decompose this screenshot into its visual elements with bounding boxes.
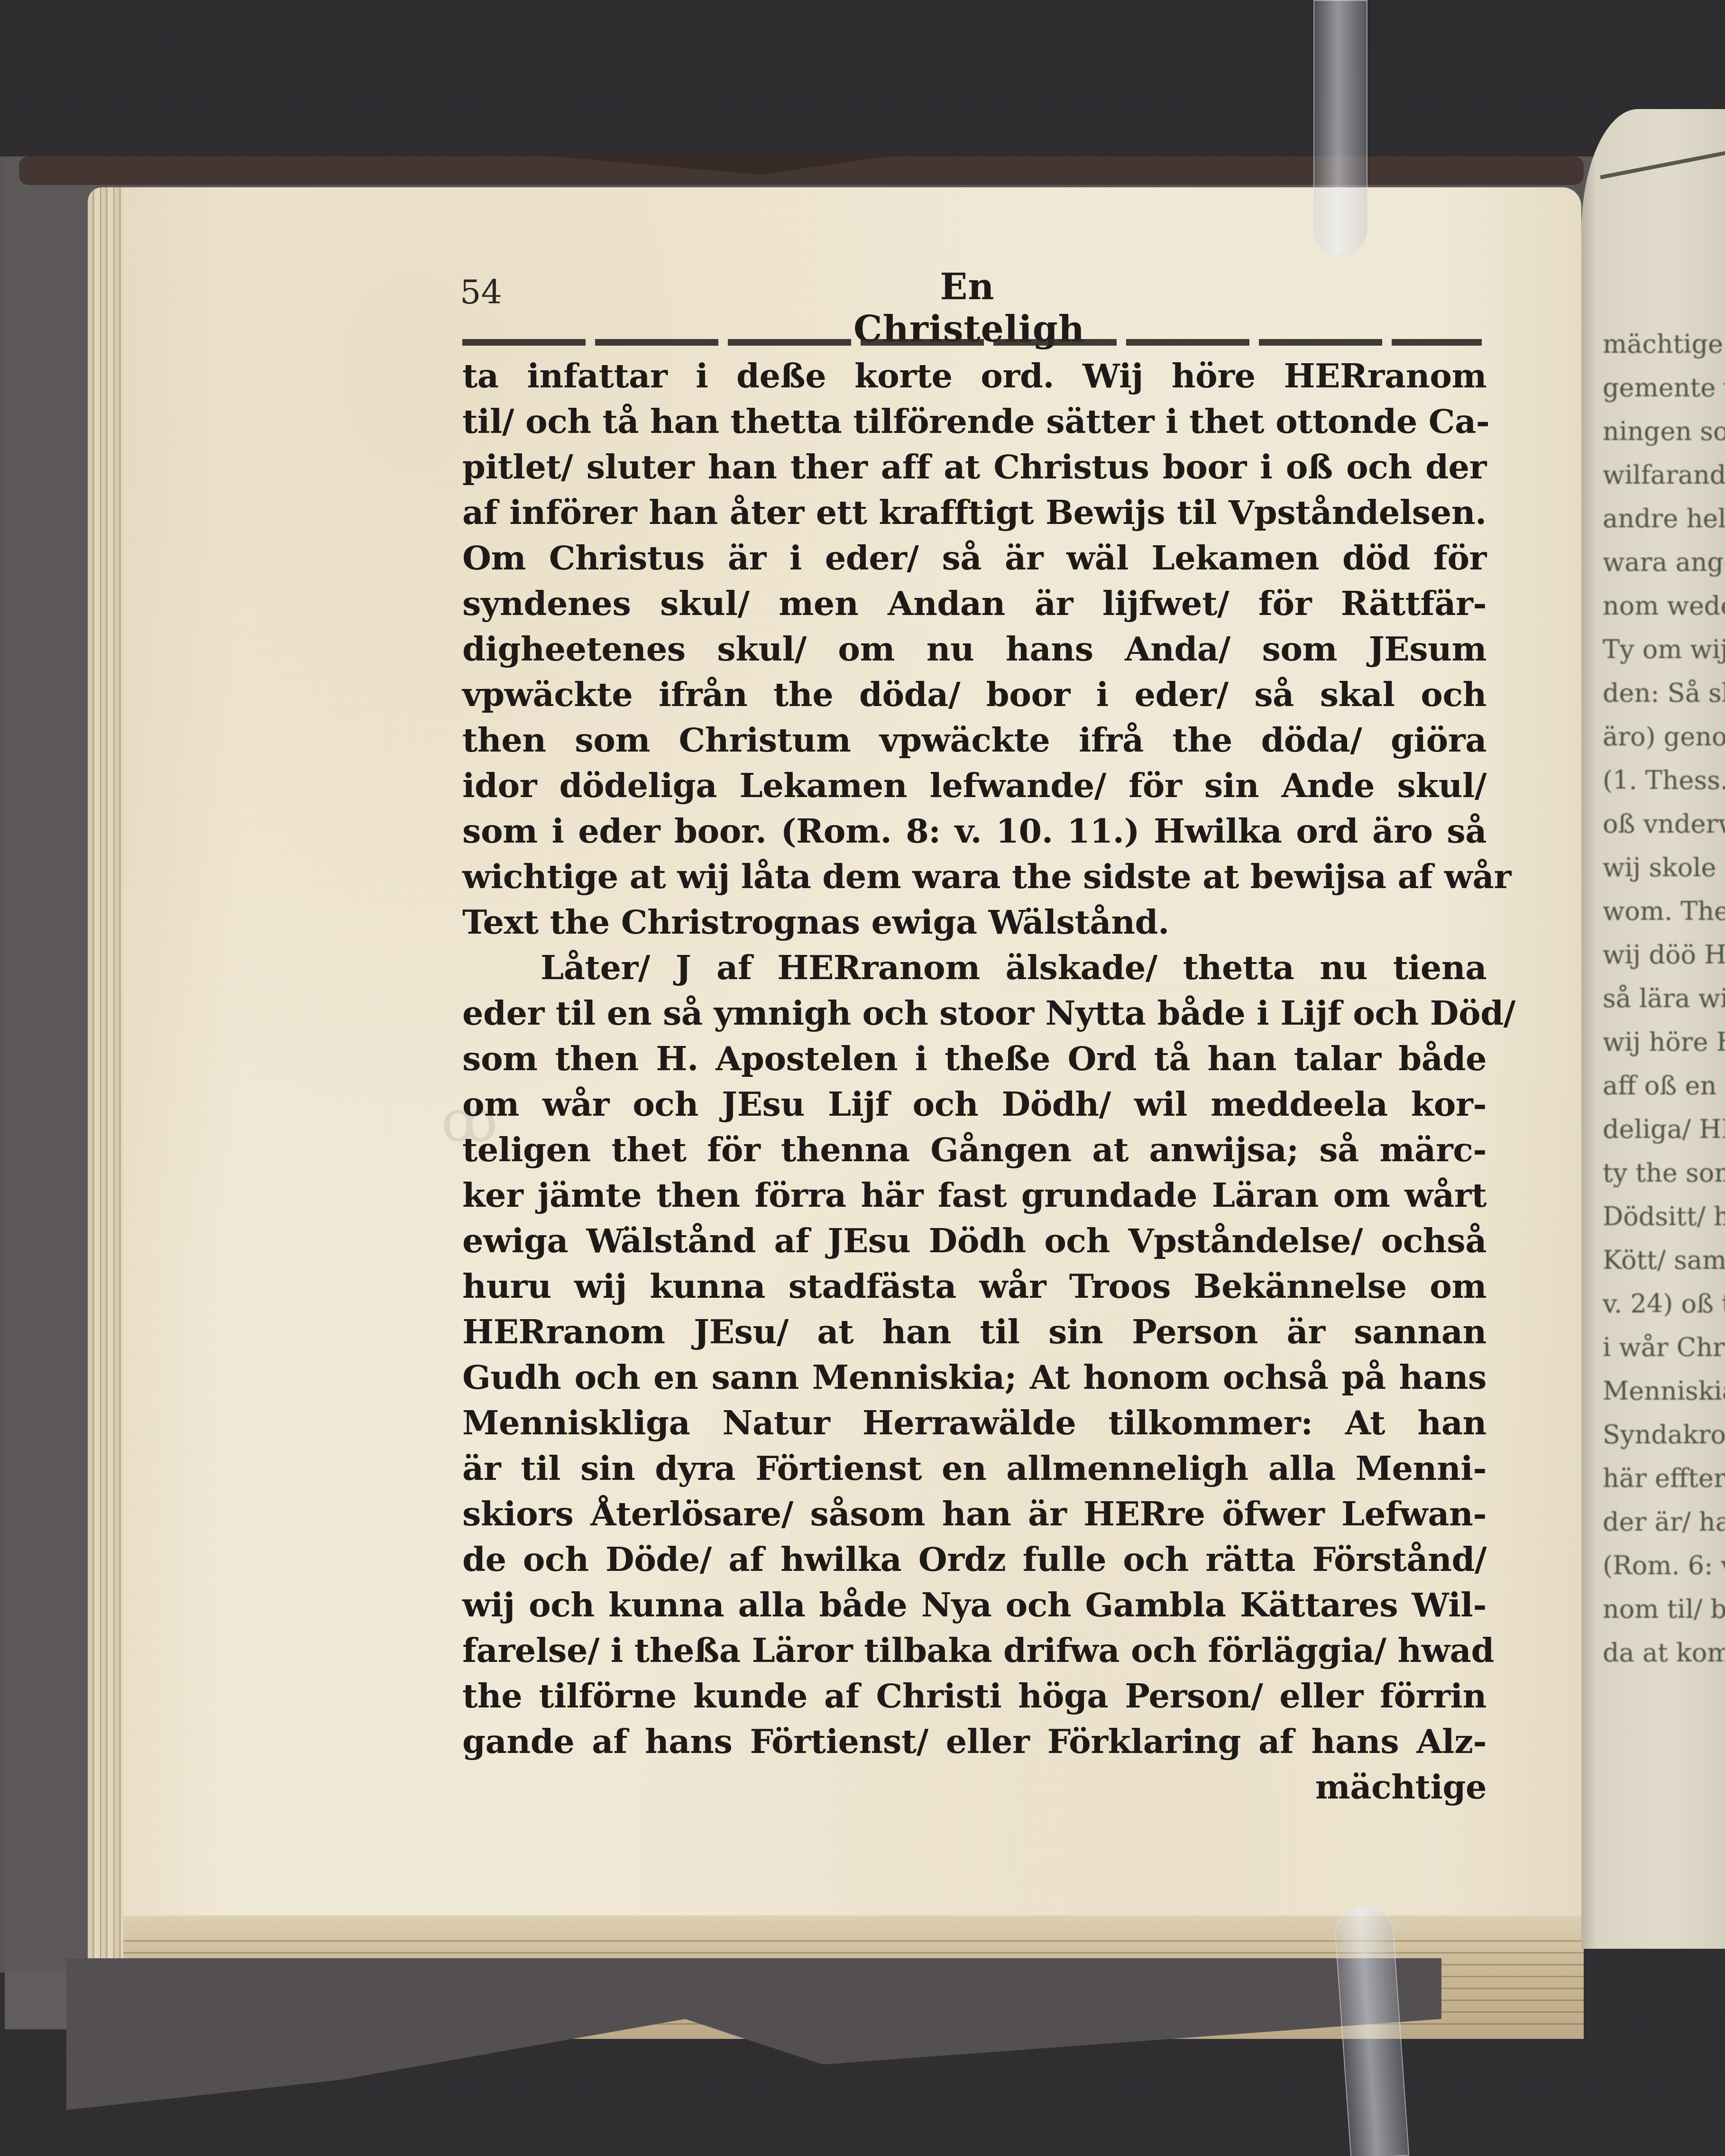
right-line: i wår Christendom/ <box>1603 1326 1725 1369</box>
text-line: then som Christum vpwäckte ifrå the döda… <box>462 717 1486 763</box>
text-line: Gudh och en sann Menniskia; At honom och… <box>462 1355 1486 1400</box>
text-line: ta infattar i deße korte ord. Wij höre H… <box>462 353 1486 399</box>
text-line: är til sin dyra Förtienst en allmennelig… <box>462 1446 1486 1491</box>
right-line: Ty om wij troo <box>1603 628 1725 671</box>
right-line: v. 24) oß tan närligen <box>1603 1282 1725 1326</box>
right-line: oß vnderwijst/ hur <box>1603 802 1725 846</box>
right-line: äro) genom JE <box>1603 715 1725 759</box>
text-line: HERranom JEsu/ at han til sin Person är … <box>462 1309 1486 1355</box>
right-line: så lära wij begge <box>1603 977 1725 1020</box>
text-line: til/ och tå han thetta tilförende sätter… <box>462 399 1486 444</box>
right-line: Kött/ samt medh <box>1603 1239 1725 1282</box>
right-page-text: mächtige och allmänn gemente vpdichtat h… <box>1603 322 1725 1675</box>
right-line: Menniskia är forsf <box>1603 1369 1725 1413</box>
right-line: wij skole lefwa H <box>1603 846 1725 890</box>
right-line: Dödsitt/ hela HERr <box>1603 1195 1725 1239</box>
text-line: Text the Christrognas ewiga Wälstånd. <box>462 899 1486 945</box>
text-line: idor dödeliga Lekamen lefwande/ för sin … <box>462 763 1486 808</box>
right-line: aff oß en Christeligh Ba <box>1603 1064 1725 1108</box>
right-line: wij döö HERran <box>1603 933 1725 977</box>
header-rule <box>462 339 1482 346</box>
text-line: af införer han åter ett krafftigt Bewijs… <box>462 490 1486 535</box>
right-line: ningen som i wåre S <box>1603 410 1725 453</box>
text-line: eder til en så ymnigh och stoor Nytta bå… <box>462 991 1486 1036</box>
catchword: mächtige <box>462 1764 1486 1810</box>
right-line: andre helige Skrifft <box>1603 497 1725 541</box>
text-line: gande af hans Förtienst/ eller Förklarin… <box>462 1719 1486 1764</box>
right-line: ty the som Christo <box>1603 1151 1725 1195</box>
running-head: En Christeligh <box>853 266 1081 350</box>
text-line: Om Christus är i eder/ så är wäl Lekamen… <box>462 535 1486 581</box>
right-line: (Rom. 6: v. 6-7.) thet <box>1603 1544 1725 1587</box>
text-line: digheetenes skul/ om nu hans Anda/ som J… <box>462 626 1486 672</box>
text-line: wij och kunna alla både Nya och Gambla K… <box>462 1582 1486 1628</box>
right-line: mächtige och allmänn <box>1603 322 1725 366</box>
right-line: deliga/ HERranom <box>1603 1108 1725 1151</box>
right-line: Syndakroppen skal <box>1603 1413 1725 1457</box>
right-line: da at komma til them <box>1603 1631 1725 1675</box>
right-line: wilfarandes Nätte <box>1603 453 1725 497</box>
text-line: som then H. Apostelen i theße Ord tå han… <box>462 1036 1486 1082</box>
right-line: nom wederfars/ th <box>1603 584 1725 628</box>
text-line: som i eder boor. (Rom. 8: v. 10. 11.) Hw… <box>462 808 1486 854</box>
right-line: den: Så skal oc <box>1603 671 1725 715</box>
right-page-rule <box>1600 148 1725 179</box>
right-line: gemente vpdichtat ha <box>1603 366 1725 410</box>
text-line: ker jämte then förra här fast grundade L… <box>462 1173 1486 1218</box>
right-line: (1. Thess. 4. v. 14.) <box>1603 759 1725 802</box>
paragraph-start-line: Låter/ J af HERranom älskade/ thetta nu … <box>462 945 1486 991</box>
text-line: vpwäckte ifrån the döda/ boor i eder/ så… <box>462 672 1486 717</box>
text-line: the tilförne kunde af Christi höga Perso… <box>462 1673 1486 1719</box>
text-line: de och Döde/ af hwilka Ordz fulle och rä… <box>462 1537 1486 1582</box>
right-line: der är/ han är <box>1603 1500 1725 1544</box>
right-line: wij höre HERranom <box>1603 1020 1725 1064</box>
right-line: nom til/ bereder oß <box>1603 1587 1725 1631</box>
body-text: ta infattar i deße korte ord. Wij höre H… <box>462 353 1486 1810</box>
text-line: syndenes skul/ men Andan är lijfwet/ för… <box>462 581 1486 626</box>
text-line: pitlet/ sluter han ther aff at Christus … <box>462 444 1486 490</box>
text-line: wichtige at wij låta dem wara the sidste… <box>462 854 1486 899</box>
text-line: ewiga Wälstånd af JEsu Dödh och Vpstånde… <box>462 1218 1486 1264</box>
text-line: teligen thet för thenna Gången at anwijs… <box>462 1127 1486 1173</box>
glass-page-weight-top <box>1313 0 1367 256</box>
text-line: om wår och JEsu Lijf och Dödh/ wil medde… <box>462 1082 1486 1127</box>
right-page-partial: mächtige och allmänn gemente vpdichtat h… <box>1581 109 1725 1949</box>
right-line: wom. Thet and <box>1603 890 1725 933</box>
text-line: farelse/ i theßa Läror tilbaka drifwa oc… <box>462 1628 1486 1673</box>
text-line: huru wij kunna stadfästa wår Troos Bekän… <box>462 1264 1486 1309</box>
page-number: 54 <box>460 273 502 312</box>
right-line: wara angelägen/ oc <box>1603 541 1725 584</box>
text-line: skiors Återlösare/ såsom han är HERre öf… <box>462 1491 1486 1537</box>
right-line: här effter tiena Sko <box>1603 1457 1725 1500</box>
text-line: Menniskliga Natur Herrawälde tilkommer: … <box>462 1400 1486 1446</box>
